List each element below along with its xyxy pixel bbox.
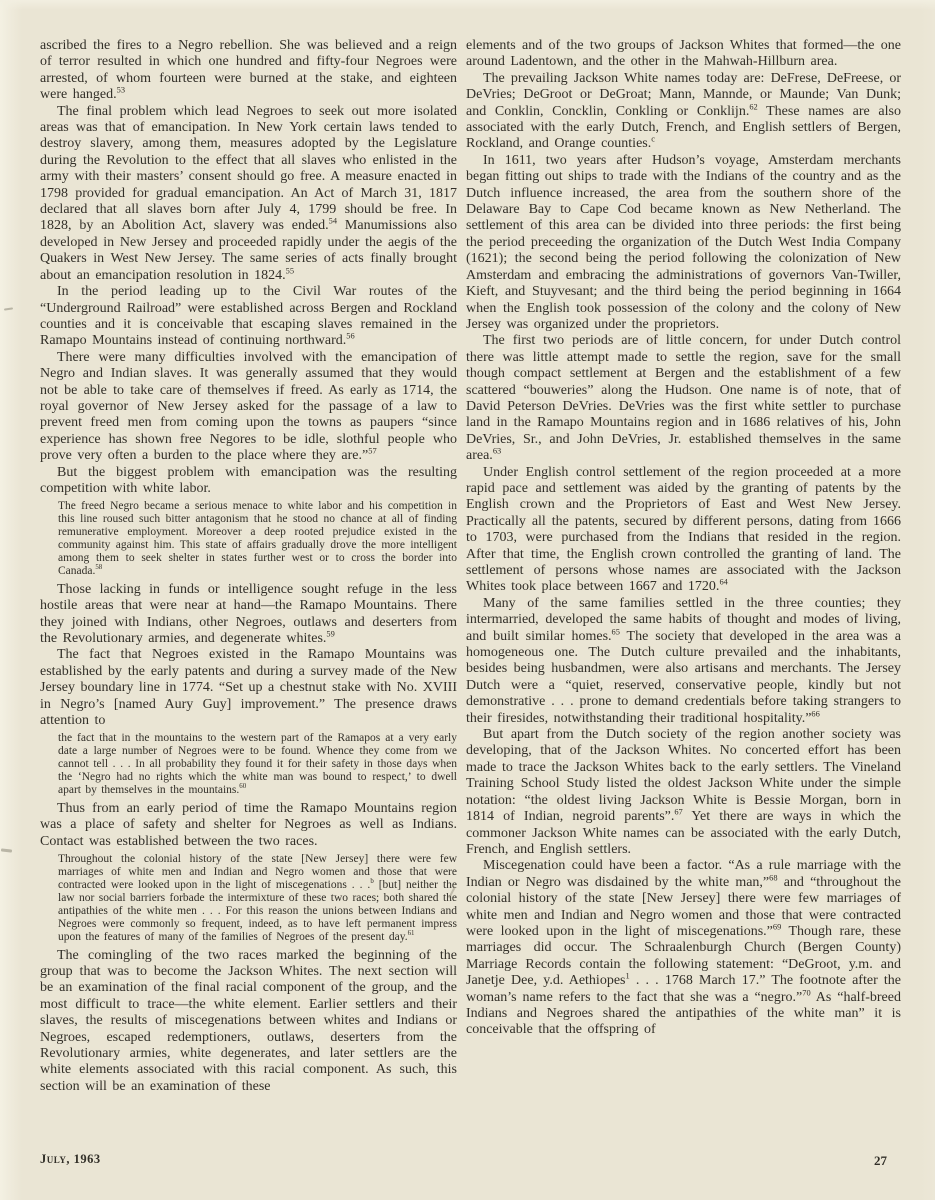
block-quote: The freed Negro became a serious menace …	[58, 500, 457, 577]
footer-issue-date: July, 1963	[40, 1152, 101, 1167]
paragraph: The first two periods are of little conc…	[466, 333, 901, 464]
paragraph: There were many difficulties involved wi…	[40, 350, 457, 465]
left-column: ascribed the fires to a Negro rebellion.…	[40, 38, 457, 1095]
paragraph: The comingling of the two races marked t…	[40, 948, 457, 1096]
pen-mark	[4, 307, 13, 310]
paragraph: Those lacking in funds or intelligence s…	[40, 582, 457, 648]
pen-mark	[1, 848, 12, 852]
scan-edge	[0, 0, 935, 10]
paragraph: But apart from the Dutch society of the …	[466, 727, 901, 858]
paragraph: Under English control settlement of the …	[466, 465, 901, 596]
page-number: 27	[874, 1153, 887, 1169]
paragraph: But the biggest problem with emancipatio…	[40, 465, 457, 498]
block-quote: Throughout the colonial history of the s…	[58, 853, 457, 943]
block-quote: the fact that in the mountains to the we…	[58, 732, 457, 797]
paragraph: ascribed the fires to a Negro rebellion.…	[40, 38, 457, 104]
paragraph: Many of the same families settled in the…	[466, 596, 901, 727]
paragraph: The prevailing Jackson White names today…	[466, 71, 901, 153]
paragraph: Thus from an early period of time the Ra…	[40, 801, 457, 850]
paragraph: Miscegenation could have been a factor. …	[466, 858, 901, 1038]
paragraph: elements and of the two groups of Jackso…	[466, 38, 901, 71]
paragraph: The fact that Negroes existed in the Ram…	[40, 647, 457, 729]
paragraph: In the period leading up to the Civil Wa…	[40, 284, 457, 350]
paragraph: In 1611, two years after Hudson’s voyage…	[466, 153, 901, 333]
right-column: elements and of the two groups of Jackso…	[466, 38, 901, 1039]
paragraph: The final problem which lead Negroes to …	[40, 104, 457, 284]
